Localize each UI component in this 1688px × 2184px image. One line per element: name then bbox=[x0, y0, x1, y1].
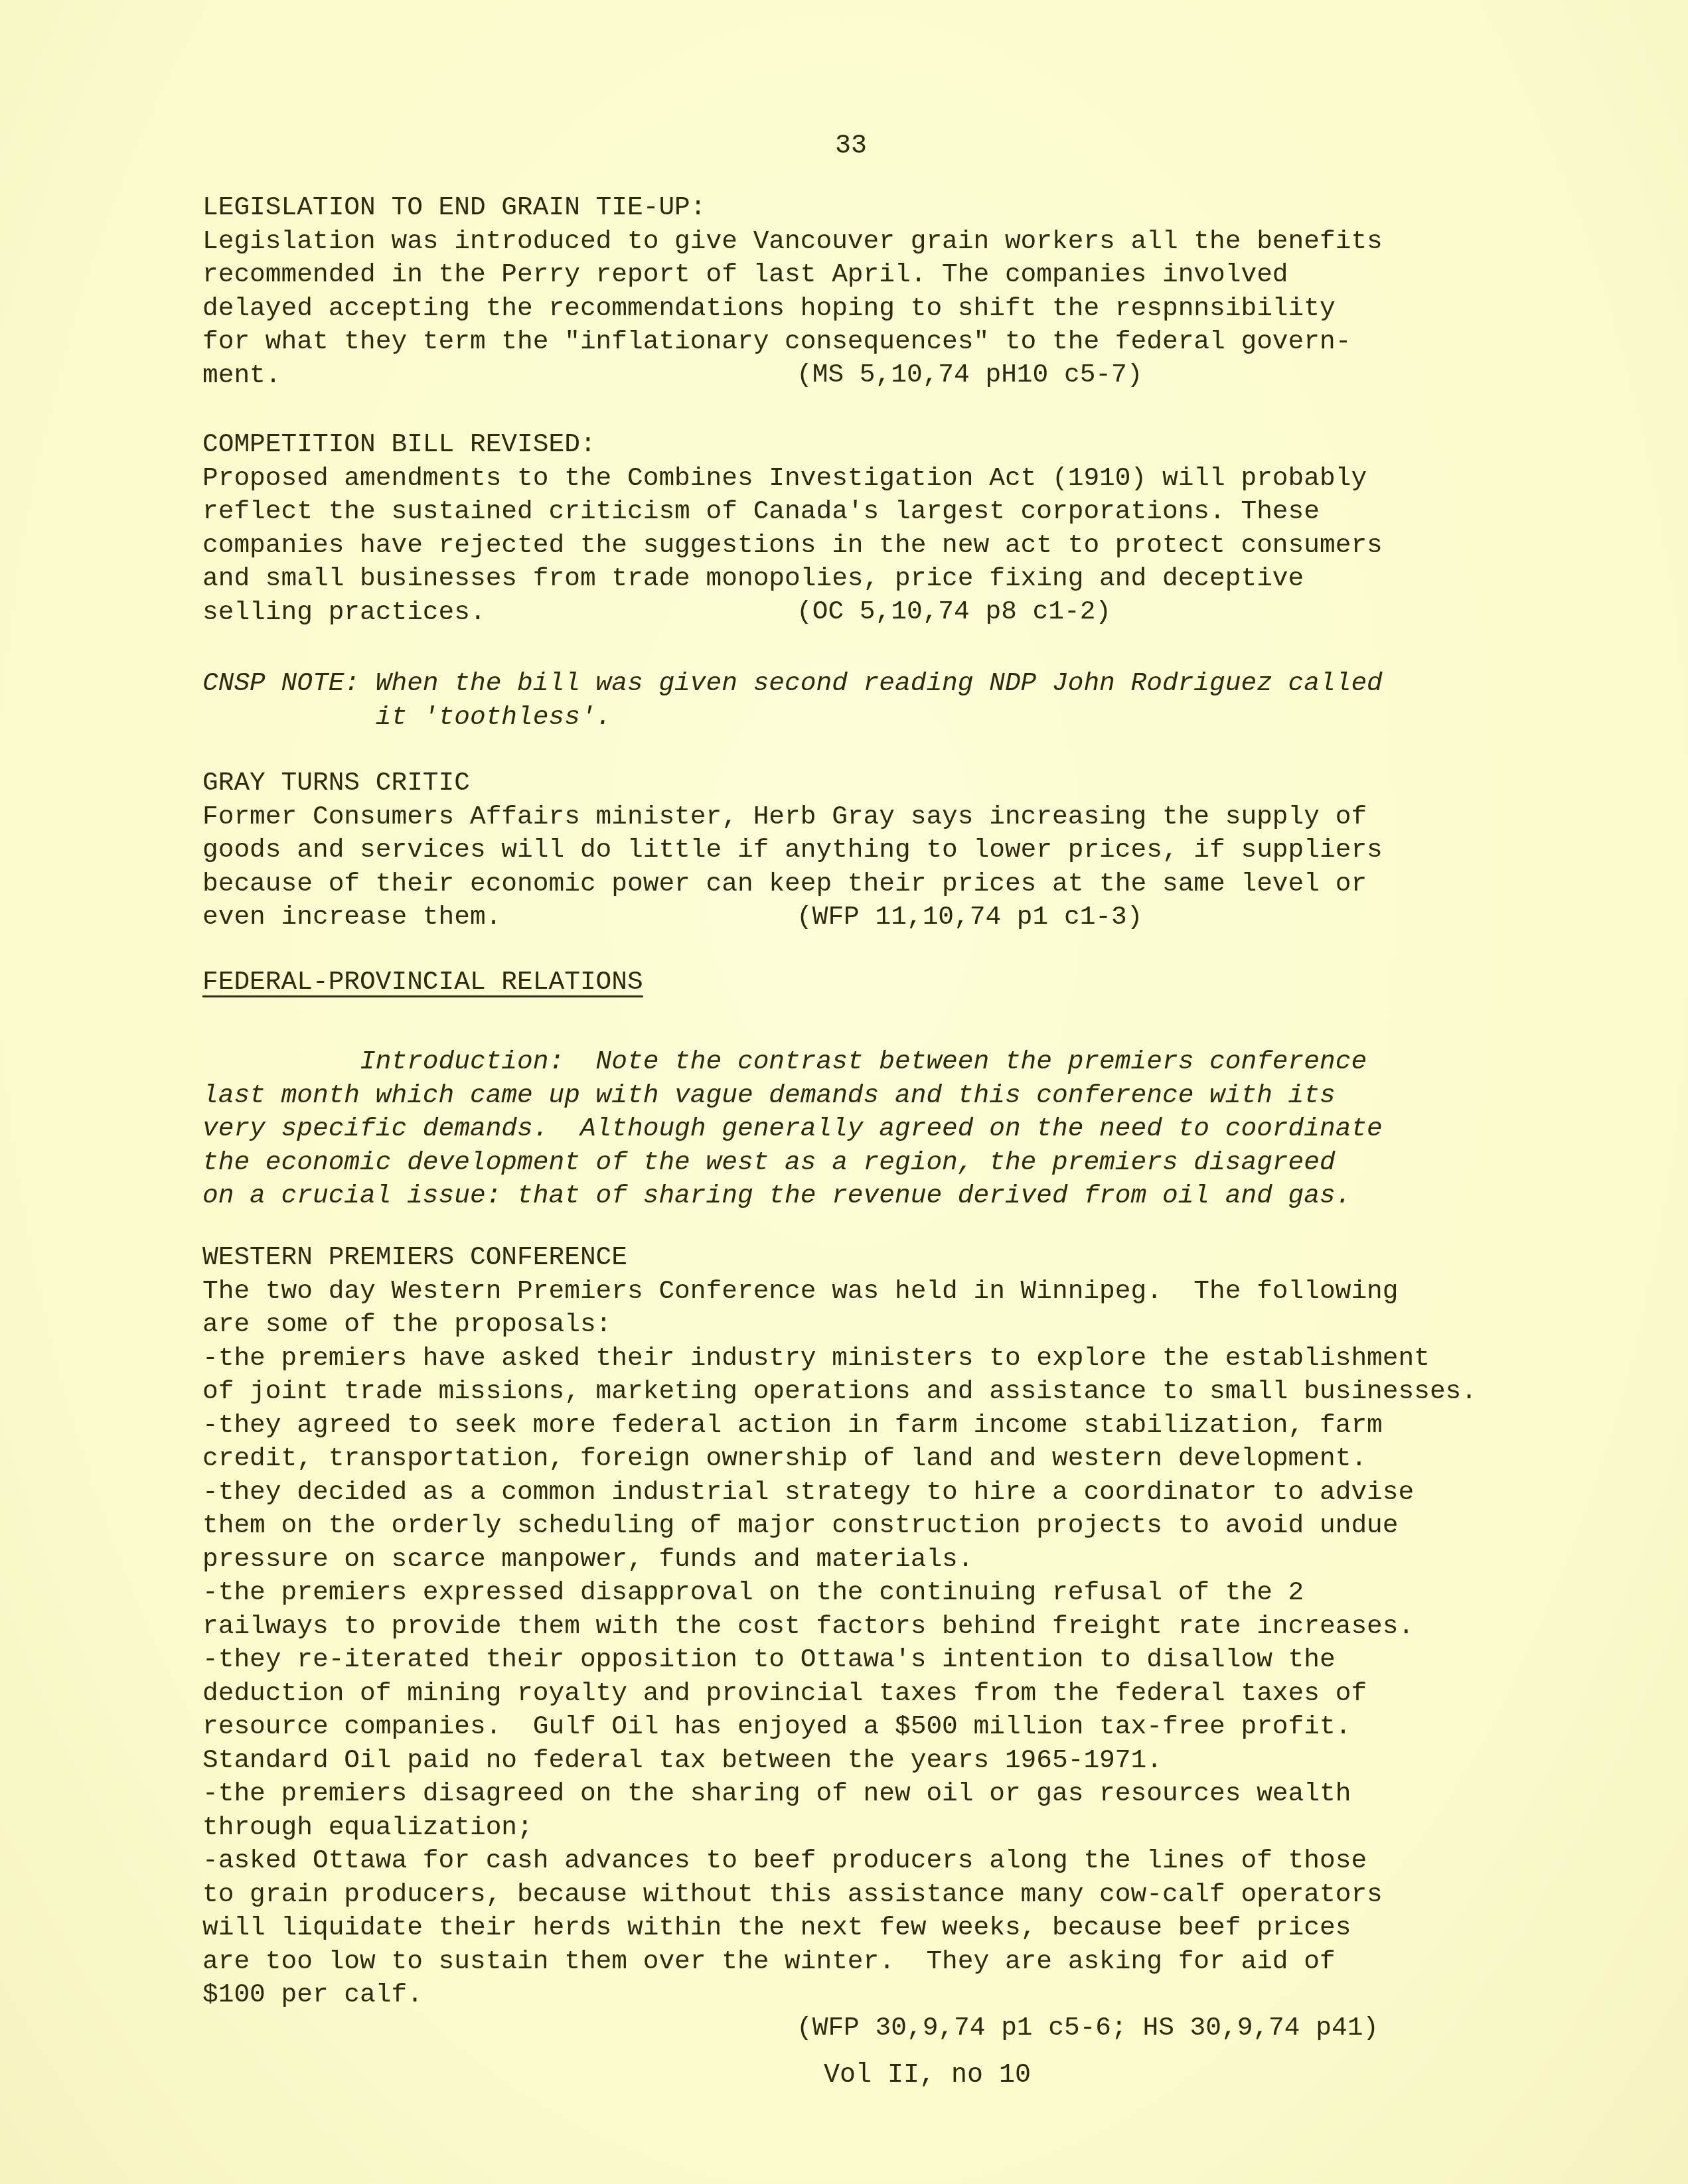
body-line: -the premiers have asked their industry … bbox=[202, 1342, 1530, 1376]
body-line: railways to provide them with the cost f… bbox=[202, 1610, 1530, 1644]
body-line: will liquidate their herds within the ne… bbox=[202, 1911, 1530, 1945]
citation: (WFP 11,10,74 p1 c1-3) bbox=[797, 901, 1143, 934]
section-heading: FEDERAL-PROVINCIAL RELATIONS bbox=[202, 966, 1530, 999]
body-line: $100 per calf. bbox=[202, 1978, 1530, 2012]
body-line: resource companies. Gulf Oil has enjoyed… bbox=[202, 1710, 1530, 1744]
body-line: are too low to sustain them over the win… bbox=[202, 1945, 1530, 1979]
section-heading: LEGISLATION TO END GRAIN TIE-UP: bbox=[202, 191, 1530, 225]
intro-line: Introduction: Note the contrast between … bbox=[202, 1045, 1530, 1079]
body-line: to grain producers, because without this… bbox=[202, 1878, 1530, 1912]
body-line: recommended in the Perry report of last … bbox=[202, 258, 1530, 292]
citation: (WFP 30,9,74 p1 c5-6; HS 30,9,74 p41) bbox=[797, 2011, 1379, 2045]
body-line: delayed accepting the recommendations ho… bbox=[202, 292, 1530, 326]
cnsp-note: CNSP NOTE: When the bill was given secon… bbox=[202, 667, 1530, 734]
body-line: pressure on scarce manpower, funds and m… bbox=[202, 1543, 1530, 1577]
body-line: -they re-iterated their opposition to Ot… bbox=[202, 1643, 1530, 1677]
body-line: Legislation was introduced to give Vanco… bbox=[202, 225, 1530, 259]
introduction-paragraph: Introduction: Note the contrast between … bbox=[202, 1045, 1530, 1213]
body-line: credit, transportation, foreign ownershi… bbox=[202, 1442, 1530, 1476]
body-line: -asked Ottawa for cash advances to beef … bbox=[202, 1844, 1530, 1878]
volume-footer: Vol II, no 10 bbox=[824, 2061, 1031, 2090]
body-line: goods and services will do little if any… bbox=[202, 834, 1530, 867]
section-heading: GRAY TURNS CRITIC bbox=[202, 766, 1530, 800]
body-line: -the premiers expressed disapproval on t… bbox=[202, 1576, 1530, 1610]
intro-line: on a crucial issue: that of sharing the … bbox=[202, 1179, 1530, 1213]
body-line: them on the orderly scheduling of major … bbox=[202, 1509, 1530, 1543]
note-line: CNSP NOTE: When the bill was given secon… bbox=[202, 667, 1530, 701]
body-line: deduction of mining royalty and provinci… bbox=[202, 1677, 1530, 1711]
body-line: of joint trade missions, marketing opera… bbox=[202, 1375, 1530, 1409]
body-line: reflect the sustained criticism of Canad… bbox=[202, 495, 1530, 529]
section-grain-tie-up: LEGISLATION TO END GRAIN TIE-UP: Legisla… bbox=[202, 191, 1530, 392]
citation: (MS 5,10,74 pH10 c5-7) bbox=[797, 358, 1143, 392]
intro-line: very specific demands. Although generall… bbox=[202, 1112, 1530, 1146]
body-line: and small businesses from trade monopoli… bbox=[202, 562, 1530, 596]
body-line: through equalization; bbox=[202, 1811, 1530, 1845]
section-heading: WESTERN PREMIERS CONFERENCE bbox=[202, 1241, 1530, 1275]
body-line: Proposed amendments to the Combines Inve… bbox=[202, 462, 1530, 496]
body-line: -they agreed to seek more federal action… bbox=[202, 1409, 1530, 1443]
body-line: Standard Oil paid no federal tax between… bbox=[202, 1744, 1530, 1778]
citation: (OC 5,10,74 p8 c1-2) bbox=[797, 595, 1111, 629]
body-line: because of their economic power can keep… bbox=[202, 867, 1530, 901]
page-number: 33 bbox=[835, 131, 867, 161]
body-line: -the premiers disagreed on the sharing o… bbox=[202, 1777, 1530, 1811]
body-line: for what they term the "inflationary con… bbox=[202, 325, 1530, 359]
document-page: 33 LEGISLATION TO END GRAIN TIE-UP: Legi… bbox=[0, 0, 1688, 2184]
intro-line: the economic development of the west as … bbox=[202, 1146, 1530, 1180]
body-line: -they decided as a common industrial str… bbox=[202, 1476, 1530, 1510]
body-line: companies have rejected the suggestions … bbox=[202, 529, 1530, 563]
section-western-premiers: WESTERN PREMIERS CONFERENCE The two day … bbox=[202, 1241, 1530, 2012]
body-line: are some of the proposals: bbox=[202, 1308, 1530, 1342]
note-line: it 'toothless'. bbox=[202, 701, 1530, 735]
body-line: The two day Western Premiers Conference … bbox=[202, 1275, 1530, 1309]
section-heading: COMPETITION BILL REVISED: bbox=[202, 428, 1530, 462]
intro-line: last month which came up with vague dema… bbox=[202, 1079, 1530, 1113]
body-line: Former Consumers Affairs minister, Herb … bbox=[202, 800, 1530, 834]
section-competition-bill: COMPETITION BILL REVISED: Proposed amend… bbox=[202, 428, 1530, 629]
section-federal-provincial: FEDERAL-PROVINCIAL RELATIONS bbox=[202, 966, 1530, 999]
section-gray-turns-critic: GRAY TURNS CRITIC Former Consumers Affai… bbox=[202, 766, 1530, 934]
